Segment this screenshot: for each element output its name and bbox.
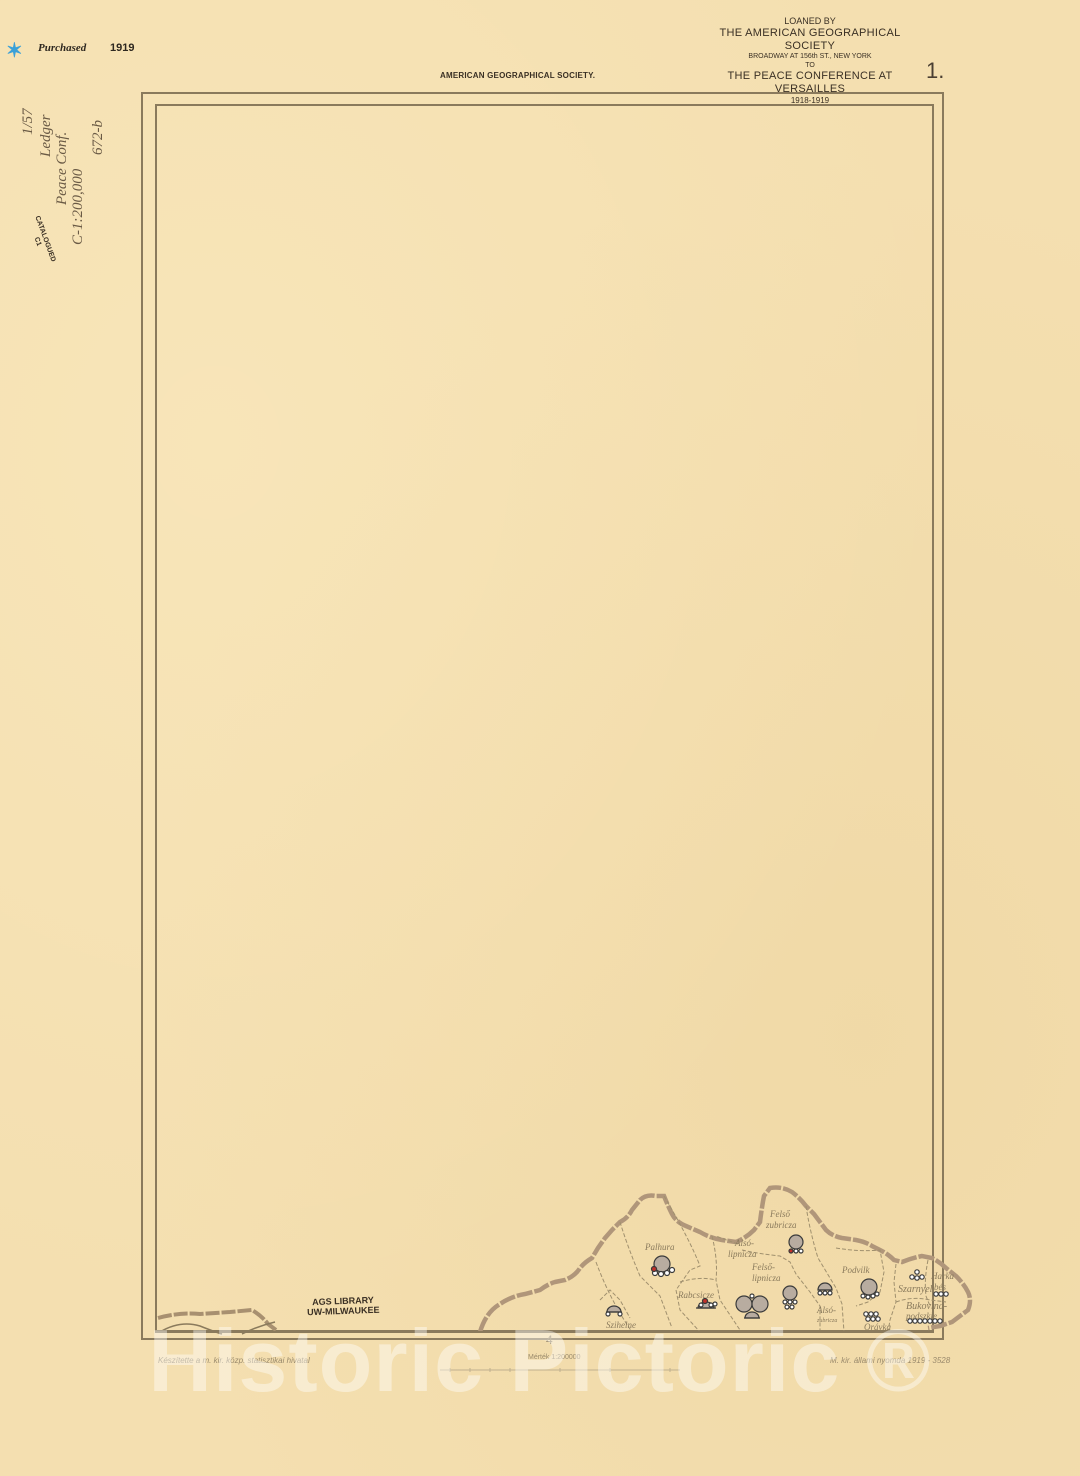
place-label: lipnicza (752, 1273, 781, 1283)
place-label: lipnicza (728, 1249, 757, 1259)
place-label: Felső- (751, 1262, 775, 1272)
population-symbol-also-zubricza (818, 1283, 832, 1295)
population-symbol-podvilk (861, 1279, 879, 1299)
place-label: Szarnyel (898, 1284, 933, 1295)
place-label: Alsó- (734, 1238, 754, 1248)
population-symbol-szarnyel (910, 1270, 924, 1280)
population-symbol-palhura (652, 1256, 675, 1277)
district-boundary (836, 1248, 884, 1306)
population-symbol-felso-zubricza (789, 1235, 803, 1253)
population-symbol-harka (934, 1292, 948, 1296)
district-boundary (680, 1278, 716, 1282)
place-label: Podvilk (841, 1265, 870, 1275)
place-label: Rabcsicze (677, 1290, 714, 1300)
watermark: Historic Pictoric ® (0, 1310, 1080, 1412)
place-label: Palhura (644, 1242, 675, 1252)
population-symbol-felso-lipnicza (783, 1286, 797, 1309)
map-region-drawing: Palhura Szihelne Rabcsicze Alsó- lipnicz… (0, 0, 1080, 1476)
place-label: Felső (769, 1209, 790, 1219)
place-label: zubricza (765, 1220, 797, 1230)
place-label: bés (934, 1282, 946, 1292)
place-label: Harka (930, 1271, 954, 1281)
